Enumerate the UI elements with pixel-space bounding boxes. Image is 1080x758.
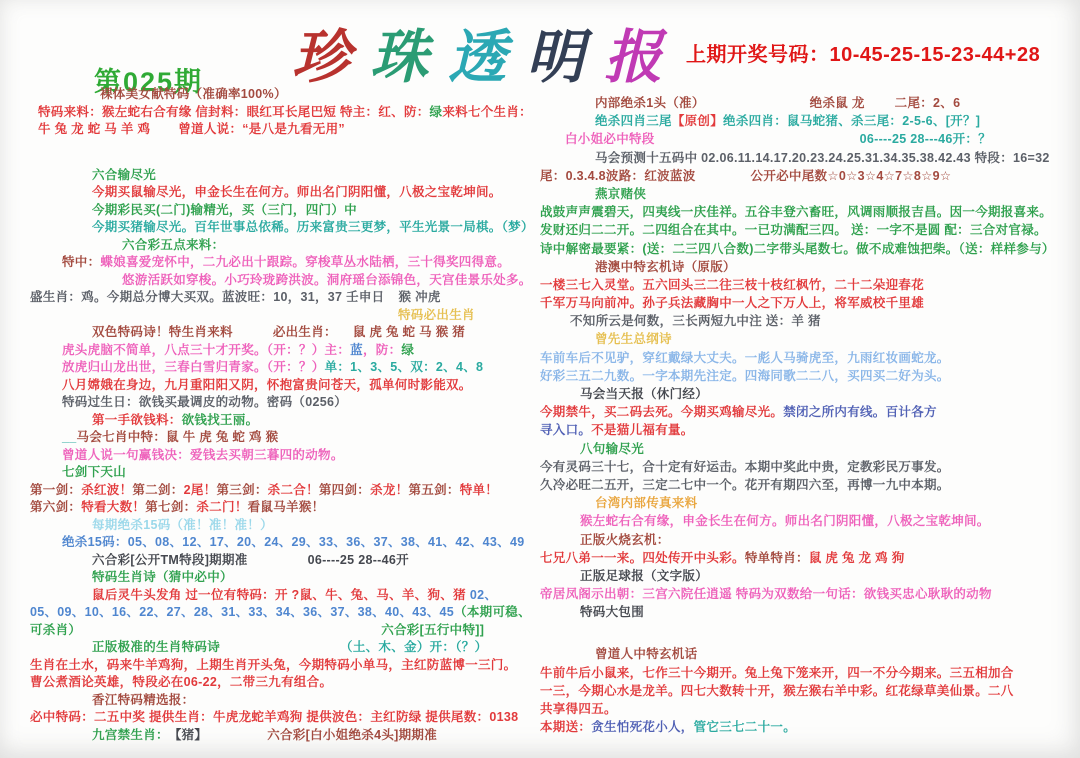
report-title: 珍珠透明报 [292, 10, 682, 94]
text-segment: 寻入口。 [540, 421, 591, 439]
text-segment: 马会七肖中特： [77, 429, 167, 447]
text-segment: 虎头虎脑不简单，八点三十才开奖。（开：？）主： [62, 342, 350, 360]
text-segment: __ [62, 429, 77, 447]
text-line: 曹公煮酒论英雄，特段必在06-22，二带三九有组合。 [30, 674, 540, 692]
text-segment: 今期买鼠输尽光，申金长生在何方。师出名门阴阳懂，八极之宝乾坤间。 [92, 184, 502, 202]
text-segment: 特中： [62, 254, 100, 272]
text-line: 特码生肖诗（猜中必中） [30, 569, 540, 587]
text-segment: 牛前牛后小鼠来，七作三十今期开。兔上兔下笼来开，四一不分今期来。三五相加合 [540, 664, 1014, 682]
text-segment: 台湾内部传真来料 [595, 494, 697, 512]
text-segment: 千军万马向前冲。孙子兵法藏胸中一人之下万人上，将军威校千里雄 [540, 294, 924, 312]
text-segment: 【原创】 [672, 112, 723, 130]
text-line: 六合彩[公开TM特段]期期准06----25 28--46开 [30, 552, 540, 570]
text-segment: 特码必出生肖 [398, 307, 475, 325]
text-segment: 今期彩民买(二门)输精光，买（三门，四门）中 [92, 202, 357, 220]
text-line: 每期绝杀15码（准！准！准！） [30, 517, 540, 535]
text-line: 马会当天报（休门经） [540, 385, 1080, 403]
text-line: 正版足球报（文字版） [540, 567, 1080, 585]
text-line: 不知所云是何数，三长两短九中注 送：羊 猪 [540, 312, 1080, 330]
text-line: 猴左蛇右合有缘，申金长生在何方。师出名门阴阳懂，八极之宝乾坤间。 [540, 512, 1080, 530]
text-segment: 看鼠马羊猴！ [248, 499, 325, 517]
text-line: 七剑下天山 [30, 464, 540, 482]
text-line: 曾道人说一句赢钱决：爱钱去买朝三暮四的动物。 [30, 447, 540, 465]
text-line: 一三，今期心水是龙羊。四七大数转十开，猴左猴右羊中彩。红花绿草美仙景。二八 [540, 682, 1080, 700]
text-line: 特码来料：猴左蛇右合有缘 信封料：眼红耳长尾巴短 特主：红、防：绿 来料七个生肖… [30, 104, 540, 122]
text-segment: 公开必中尾数☆0☆3☆4☆7☆8☆9☆ [751, 167, 952, 185]
text-segment: 猴 冲虎 [399, 289, 441, 307]
text-line: 绝杀四肖三尾【原创】绝杀四肖：鼠马蛇猪、杀三尾：2-5-6、[开？] [540, 112, 1080, 130]
text-segment: 悠游活跃如穿梭。小巧玲珑跨洪波。洞府瑶台添锦色，天宫佳景乐处多。 [122, 272, 532, 290]
text-segment: 可杀肖） [30, 622, 81, 640]
text-segment: 猴左蛇右合有缘，申金长生在何方。师出名门阴阳懂，八极之宝乾坤间。 [580, 512, 990, 530]
text-segment: 特单特肖： [745, 549, 809, 567]
text-segment: 鼠 虎 兔 蛇 马 猴 猪 [353, 324, 465, 342]
text-segment: 马会预测十五码中 02.06.11.14.17.20.23.24.25.31.3… [595, 149, 1050, 167]
text-line: 悠游活跃如穿梭。小巧玲珑跨洪波。洞府瑶台添锦色，天宫佳景乐处多。 [30, 272, 540, 290]
text-segment: 第二剑： [132, 482, 183, 500]
text-segment: 今期禁牛，买二码去死。今期买鸡输尽光。 [540, 403, 783, 421]
text-segment: 第四剑： [319, 482, 370, 500]
text-segment: 【猪】 [169, 727, 207, 745]
text-line: 车前车后不见驴，穿红戴绿大丈夫。一彪人马骑虎至，九雨红妆画蛇龙。 [540, 349, 1080, 367]
text-segment: 第六剑： [30, 499, 81, 517]
text-segment: 生肖在土水，码来牛羊鸡狗，上期生肖开头兔，今期特码小单马，主红防蓝博一三门。 [30, 657, 516, 675]
text-line: 特码过生日：欲钱买最调皮的动物。密码（0256） [30, 394, 540, 412]
title-char: 报 [604, 25, 682, 90]
text-segment: 牛 兔 龙 蛇 马 羊 鸡 [38, 121, 150, 139]
text-segment: 六合彩[白小姐绝杀4头]期期准 [267, 727, 437, 745]
text-segment: 杀二合！ [268, 482, 319, 500]
text-segment: （本期可稳、 [454, 604, 531, 622]
text-segment: 八句输尽光 [580, 440, 644, 458]
text-line: 台湾内部传真来料 [540, 494, 1080, 512]
text-segment: 杀二门！ [196, 499, 247, 517]
text-segment: 绝杀鼠 龙 [810, 94, 865, 112]
text-segment: 05、09、10、16、22、27、28、31、33、34、36、37、38、4… [30, 604, 454, 622]
text-segment: 不知所云是何数，三长两短九中注 送：羊 猪 [570, 312, 821, 330]
text-line: 第一手欲钱料：欲钱找王丽。 [30, 412, 540, 430]
text-segment: 正版火烧玄机： [580, 531, 670, 549]
text-segment: 诗中解密最要紧：(送：二三四八合数)二字带头尾数七。做不成难蚀把柴。（送：样样参… [540, 240, 1055, 258]
text-segment: 绝杀四肖三尾 [595, 112, 672, 130]
text-line: 曾道人中特玄机话 [540, 645, 1080, 663]
text-line: 千军万马向前冲。孙子兵法藏胸中一人之下万人上，将军威校千里雄 [540, 294, 1080, 312]
text-segment: 特看大数！ [81, 499, 145, 517]
text-segment: 港澳中特玄机诗（原版） [595, 258, 736, 276]
title-char: 珠 [370, 25, 448, 90]
text-segment: 曾道人说：“是八是九看无用” [178, 121, 345, 139]
text-segment: 七剑下天山 [62, 464, 126, 482]
text-segment: 鼠、牛、兔、马、羊、狗、猪 [299, 587, 465, 605]
text-segment: 绿 [430, 104, 443, 122]
text-line: 今期买猪输尽光。百年世事总依稀。历来富贵三更梦，平生光景一局棋。（梦） [30, 219, 540, 237]
text-segment: 禁闭之所内有线。百计各方 [783, 403, 937, 421]
text-line: 一楼三七入灵堂。五六回头三二往三枝十枝红枫竹，二十二朵迎春花 [540, 276, 1080, 294]
text-segment: 杀龙！ [370, 482, 408, 500]
text-line: 特中：蝶娘喜爱宠怀中，二九必出十跟踪。穿梭草丛水陆栖，三十得奖四得意。 [30, 254, 540, 272]
text-segment: 车前车后不见驴，穿红戴绿大丈夫。一彪人马骑虎至，九雨红妆画蛇龙。 [540, 349, 950, 367]
text-segment: 六合输尽光 [92, 167, 156, 185]
text-segment: 单：1、3、5、双：2、4、8 [325, 359, 484, 377]
text-line: 05、09、10、16、22、27、28、31、33、34、36、37、38、4… [30, 604, 540, 622]
text-segment: 管它三七二十一。 [694, 718, 796, 736]
text-line: 诗中解密最要紧：(送：二三四八合数)二字带头尾数七。做不成难蚀把柴。（送：样样参… [540, 240, 1080, 258]
text-line: 正版极准的生肖特码诗（土、木、金）开：（？） [30, 639, 540, 657]
text-segment: 久冷必旺二五开，三定二七中一个。花开有期四六至，再博一九中本期。 [540, 476, 950, 494]
text-segment: 爱钱去买朝三暮四的动物。 [190, 447, 344, 465]
text-line: 第六剑：特看大数！第七剑：杀二门！看鼠马羊猴！ [30, 499, 540, 517]
text-segment: 共享得四五。 [540, 700, 617, 718]
text-segment: 绝杀15码：05、08、12、17、20、24、29、33、36、37、38、4… [62, 534, 524, 552]
text-line: 虎头虎脑不简单，八点三十才开奖。（开：？）主：蓝，防：绿 [30, 342, 540, 360]
text-line: 今期彩民买(二门)输精光，买（三门，四门）中 [30, 202, 540, 220]
text-line: 第一剑：杀红波！第二剑：2尾！第三剑：杀二合！第四剑：杀龙！第五剑：特单！ [30, 482, 540, 500]
text-segment: 蓝 [350, 342, 363, 360]
text-line: 九宫禁生肖：【猪】六合彩[白小姐绝杀4头]期期准 [30, 727, 540, 745]
text-segment: 今有灵码三十七，合十定有好运击。本期中奖此中贵，定教彩民万事发。 [540, 458, 950, 476]
text-line: 内部绝杀1头（准）绝杀鼠 龙二尾：2、6 [540, 94, 1080, 112]
right-column: 内部绝杀1头（准）绝杀鼠 龙二尾：2、6绝杀四肖三尾【原创】绝杀四肖：鼠马蛇猪、… [540, 94, 1080, 736]
text-segment: 本期送： [540, 718, 591, 736]
text-segment: 绝杀四肖： [723, 112, 787, 130]
text-line: 特码必出生肖 [30, 307, 540, 325]
text-segment: 曾道人中特玄机话 [595, 645, 697, 663]
text-segment: 今期买猪输尽光。百年世事总依稀。历来富贵三更梦，平生光景一局棋。（梦） [92, 219, 534, 237]
last-draw-numbers: 上期开奖号码：10-45-25-15-23-44+28 [686, 38, 1040, 67]
text-line: 共享得四五。 [540, 700, 1080, 718]
text-line: 好彩三五二九数。一字本期先注定。四海同歌二二八，买四买二好为头。 [540, 367, 1080, 385]
text-segment: 二尾：2、6 [895, 94, 961, 112]
text-segment: 六合彩[公开TM特段]期期准 [92, 552, 248, 570]
text-line: 尾：0.3.4.8波路：红波蓝波公开必中尾数☆0☆3☆4☆7☆8☆9☆ [540, 167, 1080, 185]
text-line: 放虎归山龙出世，三春白雪归青家。（开：？）单：1、3、5、双：2、4、8 [30, 359, 540, 377]
title-char: 明 [526, 25, 604, 90]
text-segment: 曹公煮酒论英雄，特段必在06-22，二带三九有组合。 [30, 674, 332, 692]
text-segment: 06----25 28---46开：？ [860, 130, 991, 148]
text-segment: 特单！ [460, 482, 498, 500]
text-line: 可杀肖）六合彩[五行中特]] [30, 622, 540, 640]
text-line: 六合输尽光 [30, 167, 540, 185]
text-segment: 每期绝杀15码（准！准！准！） [92, 517, 273, 535]
text-line: 双色特码诗！特生肖来料必出生肖：鼠 虎 兔 蛇 马 猴 猪 [30, 324, 540, 342]
text-segment: 06----25 28--46开 [308, 552, 409, 570]
text-segment: 绿 [401, 342, 414, 360]
text-segment: 曾先生总纲诗 [595, 330, 672, 348]
text-line: 六合彩五点来料： [30, 237, 540, 255]
text-segment: 曾道人说一句赢钱决： [62, 447, 190, 465]
text-line: 今有灵码三十七，合十定有好运击。本期中奖此中贵，定教彩民万事发。 [540, 458, 1080, 476]
text-line: 鼠后灵牛头发角 过一位有特码：开 ? 鼠、牛、兔、马、羊、狗、猪02、 [30, 587, 540, 605]
text-line: 燕京赌侠 [540, 185, 1080, 203]
report-page: 第025期 珍珠透明报 上期开奖号码：10-45-25-15-23-44+28 … [0, 0, 1080, 758]
text-segment: 鼠马蛇猪、杀三尾：2-5-6、[开？] [787, 112, 980, 130]
text-line: 马会预测十五码中 02.06.11.14.17.20.23.24.25.31.3… [540, 149, 1080, 167]
text-segment: 特码生肖诗（猜中必中） [92, 569, 233, 587]
text-segment: 特码来料：猴左蛇右合有缘 信封料：眼红耳长尾巴短 特主：红、防： [38, 104, 430, 122]
text-line: 发财还归二二开。二四组合在其中。一已功满配三四。 送：一字不是圆 配：三合对官禄… [540, 221, 1080, 239]
text-segment: 燕京赌侠 [595, 185, 646, 203]
text-segment: 七兄八弟一一来。四处传开中头彩。 [540, 549, 745, 567]
text-segment: 帝居凤阁示出朝：三宫六院任逍遥 特码为双数给一句话：欲钱买忠心耿耿的动物 [540, 585, 992, 603]
text-segment: 放虎归山龙出世，三春白雪归青家。（开：？） [62, 359, 325, 377]
text-segment: 第一手欲钱料： [92, 412, 182, 430]
text-segment: 六合彩五点来料： [122, 237, 224, 255]
text-segment: ，防： [363, 342, 401, 360]
text-segment: 不是猫儿福有量。 [591, 421, 693, 439]
text-line: 牛 兔 龙 蛇 马 羊 鸡曾道人说：“是八是九看无用” [30, 121, 540, 139]
text-segment: 杀红波！ [81, 482, 132, 500]
text-line: 绝杀15码：05、08、12、17、20、24、29、33、36、37、38、4… [30, 534, 540, 552]
text-line: 特码大包围 [540, 603, 1080, 621]
text-segment: 特码大包围 [580, 603, 644, 621]
text-segment: 欲钱找王丽。 [182, 412, 259, 430]
text-segment: 内部绝杀1头（准） [595, 94, 705, 112]
text-line: 寻入口。不是猫儿福有量。 [540, 421, 1080, 439]
text-segment: 九宫禁生肖： [92, 727, 169, 745]
text-line: 白小姐必中特段06----25 28---46开：？ [540, 130, 1080, 148]
title-char: 透 [448, 25, 526, 90]
text-segment: 2尾！ [184, 482, 217, 500]
text-segment: 蝶娘喜爱宠怀中，二九必出十跟踪。穿梭草丛水陆栖，三十得奖四得意。 [100, 254, 510, 272]
text-line: 今期禁牛，买二码去死。今期买鸡输尽光。禁闭之所内有线。百计各方 [540, 403, 1080, 421]
text-line: 战鼓声声震碧天，四夷线一庆佳祥。五谷丰登六畜旺，风调雨顺报吉昌。因一今期报喜来。 [540, 203, 1080, 221]
text-segment: 贪生怕死花小人， [591, 718, 693, 736]
text-segment: 特码过生日：欲钱买最调皮的动物。密码（0256） [62, 394, 347, 412]
text-segment: 一三，今期心水是龙羊。四七大数转十开，猴左猴右羊中彩。红花绿草美仙景。二八 [540, 682, 1014, 700]
title-char: 珍 [292, 25, 370, 90]
text-line: 裸体美女献特码（准确率100%） [30, 86, 540, 104]
text-segment: 来料七个生肖： [442, 104, 532, 122]
text-line: 香江特码精选报： [30, 692, 540, 710]
text-line: 本期送：贪生怕死花小人，管它三七二十一。 [540, 718, 1080, 736]
text-line: 帝居凤阁示出朝：三宫六院任逍遥 特码为双数给一句话：欲钱买忠心耿耿的动物 [540, 585, 1080, 603]
text-segment: 好彩三五二九数。一字本期先注定。四海同歌二二八，买四买二好为头。 [540, 367, 950, 385]
text-segment: 第五剑： [408, 482, 459, 500]
text-segment: 鼠后灵牛头发角 过一位有特码：开 ? [92, 587, 299, 605]
text-segment: 香江特码精选报： [92, 692, 194, 710]
text-segment: 第七剑： [145, 499, 196, 517]
text-segment: 正版足球报（文字版） [580, 567, 708, 585]
text-line: 八月嫦娥在身边，九月重阳阳又阴，怀抱富贵问苍天，孤单何时影能双。 [30, 377, 540, 395]
left-column: 裸体美女献特码（准确率100%）特码来料：猴左蛇右合有缘 信封料：眼红耳长尾巴短… [30, 86, 540, 744]
text-line: 久冷必旺二五开，三定二七中一个。花开有期四六至，再博一九中本期。 [540, 476, 1080, 494]
text-line: 今期买鼠输尽光，申金长生在何方。师出名门阴阳懂，八极之宝乾坤间。 [30, 184, 540, 202]
text-segment: 战鼓声声震碧天，四夷线一庆佳祥。五谷丰登六畜旺，风调雨顺报吉昌。因一今期报喜来。 [540, 203, 1052, 221]
text-segment: 六合彩[五行中特]] [381, 622, 484, 640]
text-line: 曾先生总纲诗 [540, 330, 1080, 348]
text-segment: 正版极准的生肖特码诗 [92, 639, 220, 657]
text-segment: 双色特码诗！特生肖来料 [92, 324, 233, 342]
text-line: 正版火烧玄机： [540, 531, 1080, 549]
text-segment: 必中特码：二五中奖 提供生肖：牛虎龙蛇羊鸡狗 提供波色：主红防绿 提供尾数：01… [30, 709, 518, 727]
text-segment: 一楼三七入灵堂。五六回头三二往三枝十枝红枫竹，二十二朵迎春花 [540, 276, 924, 294]
text-line: 港澳中特玄机诗（原版） [540, 258, 1080, 276]
text-segment: 白小姐必中特段 [565, 130, 655, 148]
text-segment: 裸体美女献特码（准确率100%） [100, 86, 287, 104]
text-line: 八句输尽光 [540, 440, 1080, 458]
text-segment: 鼠 虎 兔 龙 鸡 狗 [809, 549, 905, 567]
text-line: 生肖在土水，码来牛羊鸡狗，上期生肖开头兔，今期特码小单马，主红防蓝博一三门。 [30, 657, 540, 675]
text-segment: 发财还归二二开。二四组合在其中。一已功满配三四。 送：一字不是圆 配：三合对官禄… [540, 221, 1047, 239]
text-segment: 02、 [470, 587, 497, 605]
text-segment: 马会当天报（休门经） [580, 385, 708, 403]
text-segment: 八月嫦娥在身边，九月重阳阳又阴，怀抱富贵问苍天，孤单何时影能双。 [62, 377, 472, 395]
text-line: 必中特码：二五中奖 提供生肖：牛虎龙蛇羊鸡狗 提供波色：主红防绿 提供尾数：01… [30, 709, 540, 727]
text-segment: 第三剑： [216, 482, 267, 500]
text-segment: 盛生肖：鸡。今期总分博大买双。蓝波旺：10，31，37 壬申日 [30, 289, 385, 307]
text-line: __马会七肖中特：鼠 牛 虎 兔 蛇 鸡 猴 [30, 429, 540, 447]
text-segment: 第一剑： [30, 482, 81, 500]
text-line: 盛生肖：鸡。今期总分博大买双。蓝波旺：10，31，37 壬申日猴 冲虎 [30, 289, 540, 307]
text-line: 牛前牛后小鼠来，七作三十今期开。兔上兔下笼来开，四一不分今期来。三五相加合 [540, 664, 1080, 682]
text-segment: 必出生肖： [273, 324, 337, 342]
text-segment: 尾：0.3.4.8波路：红波蓝波 [540, 167, 696, 185]
text-segment: （土、木、金）开：（？） [340, 639, 487, 657]
text-segment: 鼠 牛 虎 兔 蛇 鸡 猴 [166, 429, 278, 447]
text-line: 七兄八弟一一来。四处传开中头彩。特单特肖：鼠 虎 兔 龙 鸡 狗 [540, 549, 1080, 567]
